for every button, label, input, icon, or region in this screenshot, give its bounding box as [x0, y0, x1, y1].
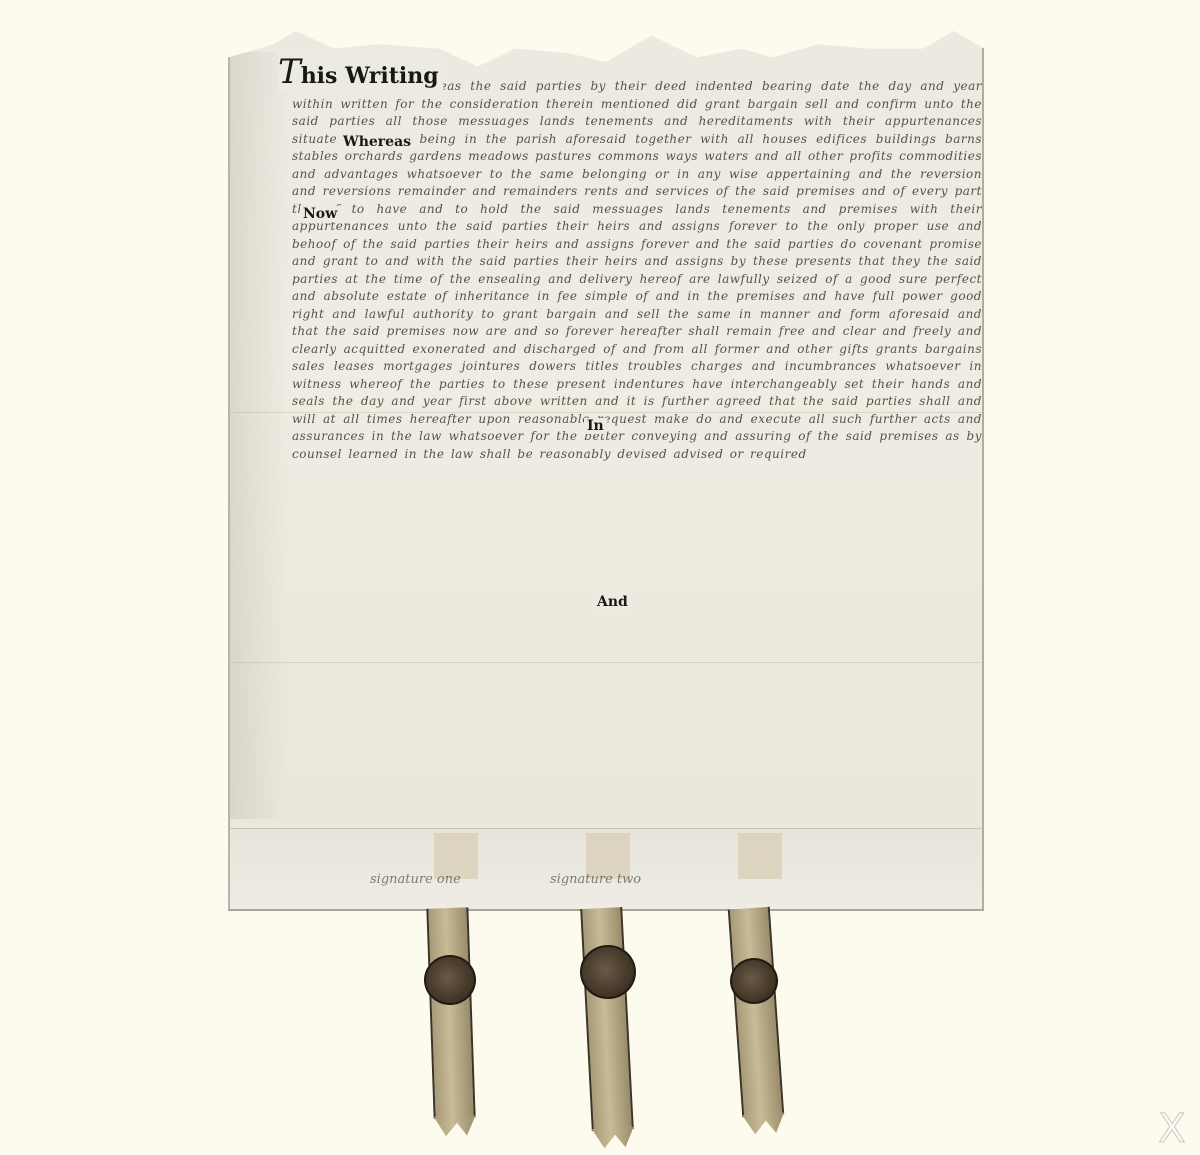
seal-tag-right — [728, 907, 784, 1117]
seal-tag-left — [426, 907, 475, 1118]
handwritten-body-text: witnesseth that whereas the said parties… — [292, 78, 982, 798]
parchment-turn-up-fold: signature one signature two — [230, 828, 982, 909]
seal-tag-center — [580, 907, 634, 1131]
signature: signature two — [550, 872, 641, 887]
wax-seal-right — [730, 958, 778, 1004]
signature: signature one — [370, 872, 461, 887]
parchment-left-margin — [230, 52, 290, 819]
title-rest: his Writing — [301, 63, 439, 89]
keyword-whereas: Whereas — [340, 134, 414, 150]
keyword-now: Now — [300, 206, 340, 222]
keyword-and: And — [594, 594, 631, 610]
wax-seal-center — [580, 945, 636, 999]
watermark-x-icon: X — [1154, 1111, 1190, 1147]
seal-slit — [738, 833, 782, 879]
keyword-in: In — [584, 418, 607, 434]
parchment-deed: witnesseth that whereas the said parties… — [228, 22, 984, 911]
title-initial: T — [278, 52, 301, 92]
document-title: This Writing — [278, 52, 443, 92]
wax-seal-left — [424, 955, 476, 1005]
